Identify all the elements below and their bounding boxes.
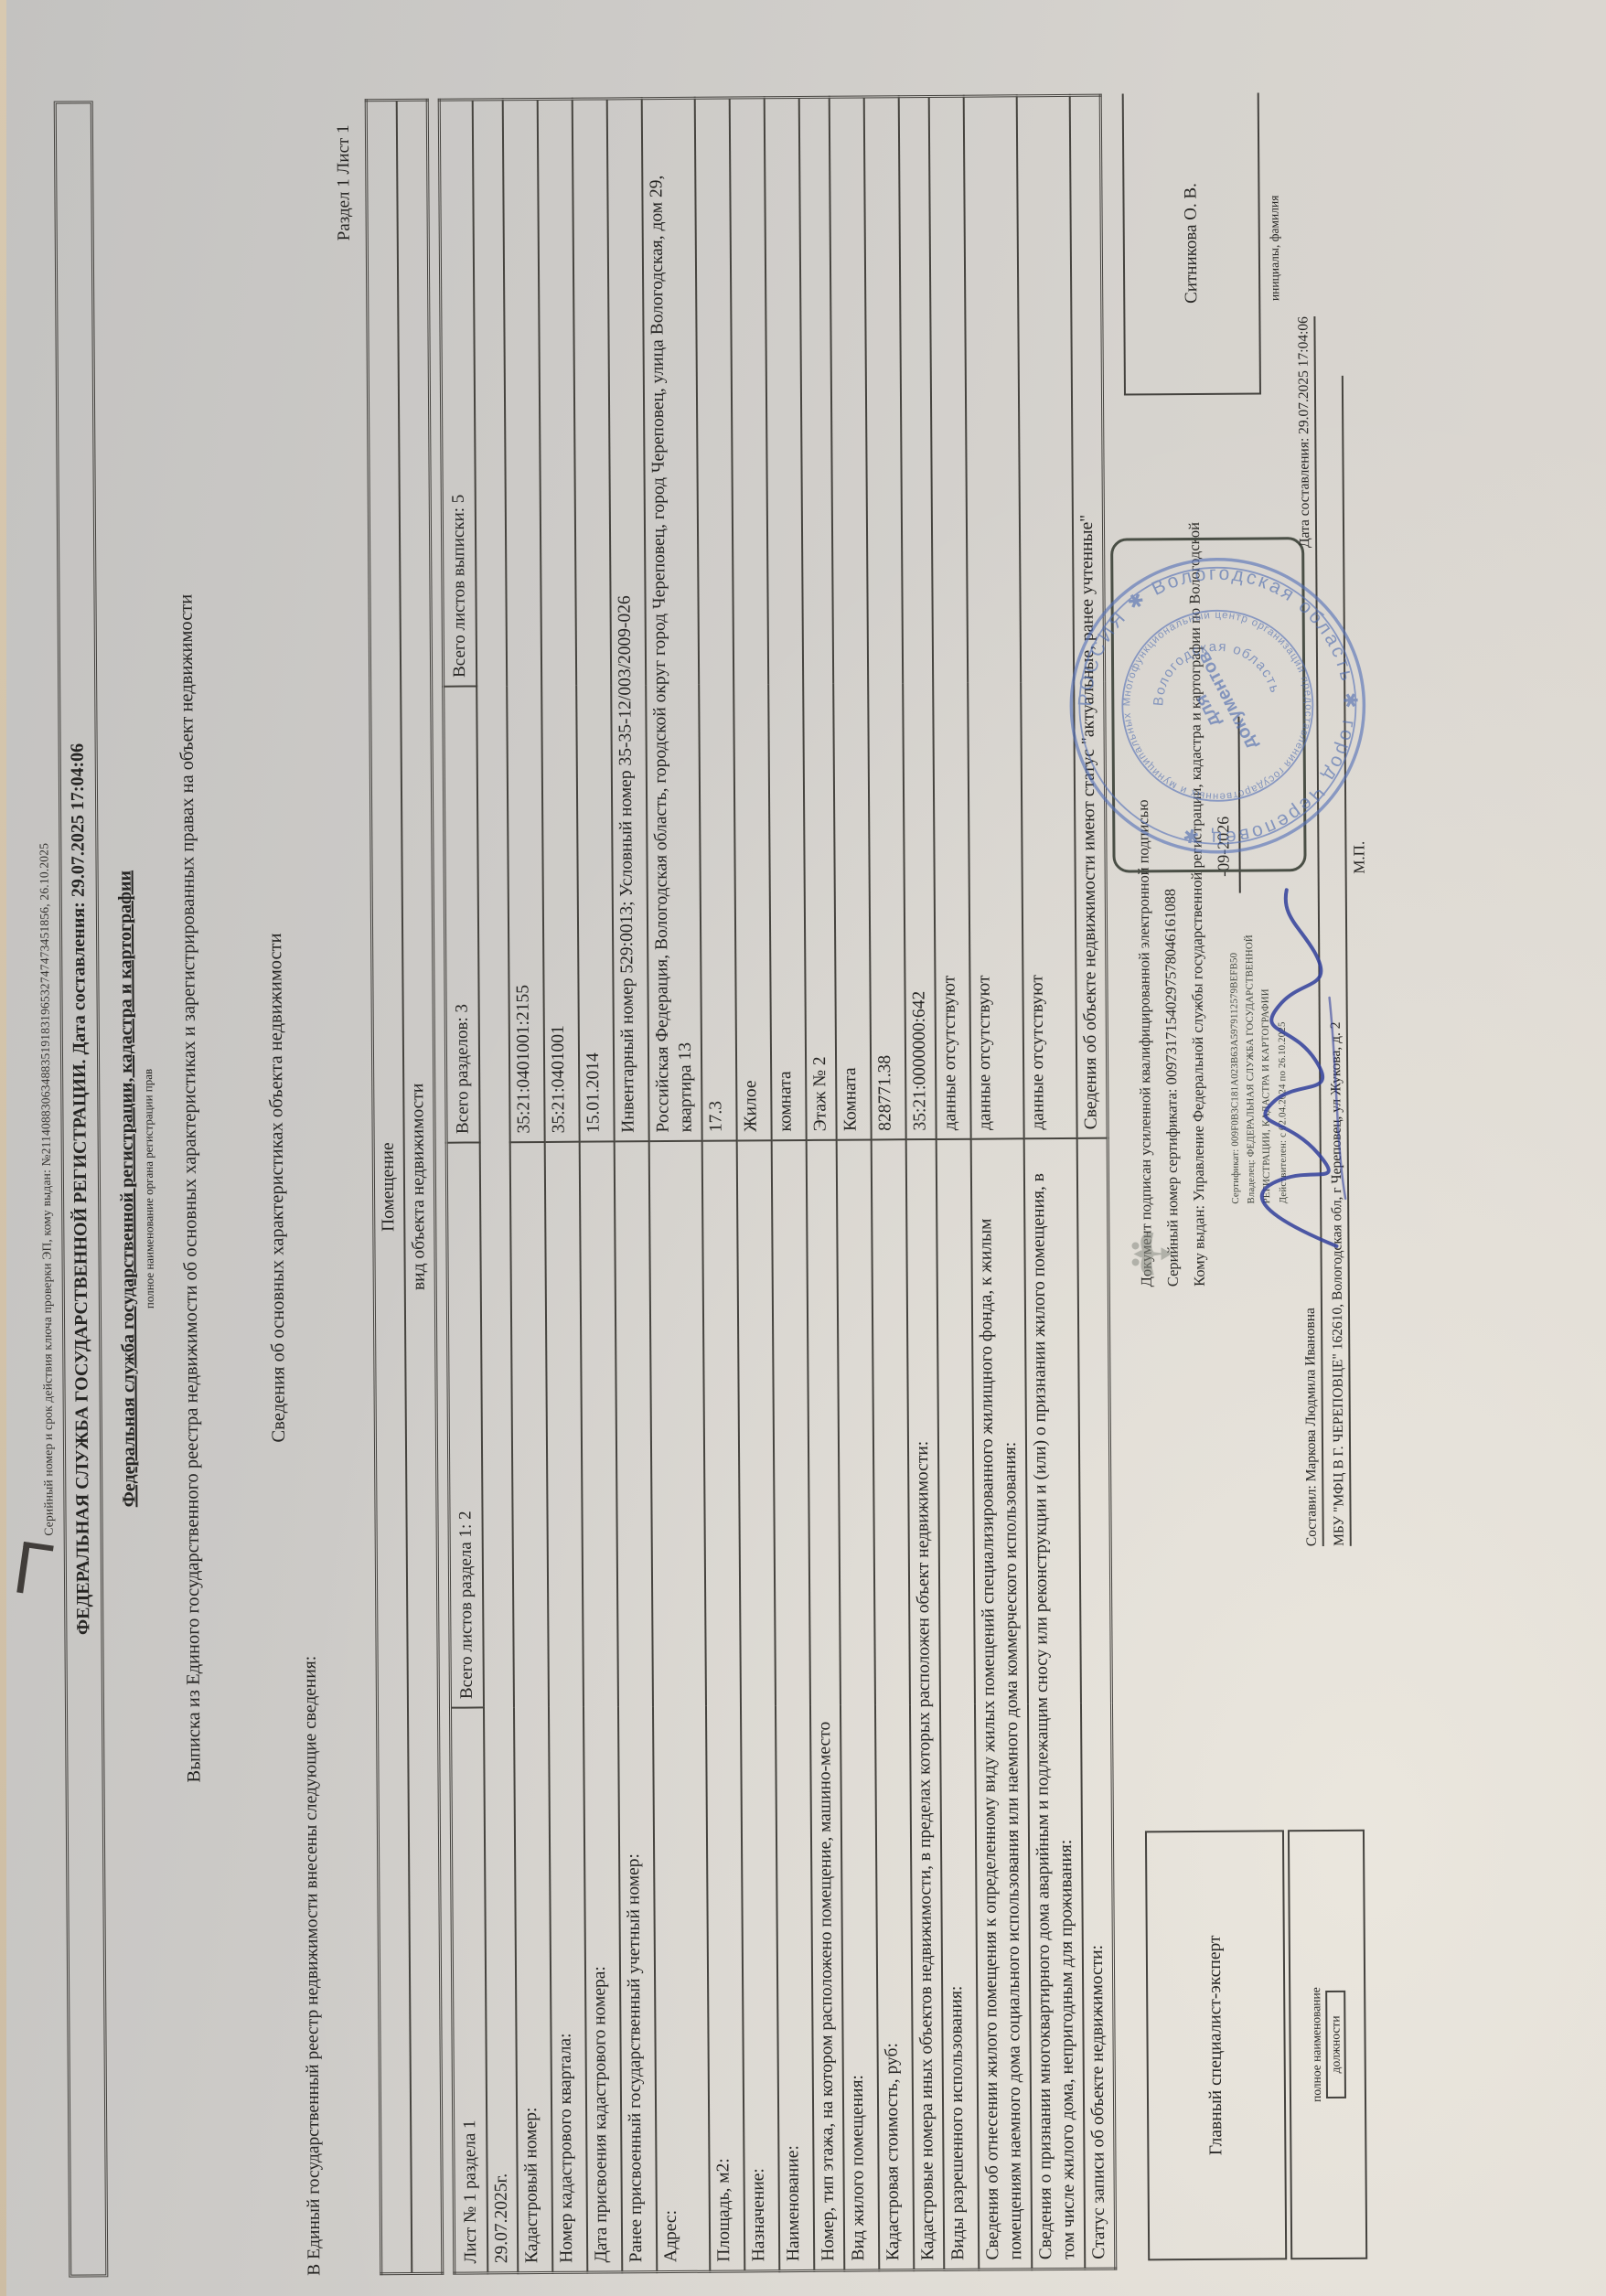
row-label: Сведения о признании многоквартирного до… [1024,1138,1086,2269]
position-caption-line2: должности [1325,1990,1346,2098]
intro-line: В Единый государственный реестр недвижим… [290,100,326,2276]
registrar-header-box: ФЕДЕРАЛЬНАЯ СЛУЖБА ГОСУДАРСТВЕННОЙ РЕГИС… [54,101,109,2277]
coat-of-arms-icon [1124,1227,1177,1280]
header-cell: Всего листов раздела 1: 2 [446,1143,484,1708]
egrn-extract-document: Серийный номер и срок действия ключа про… [6,72,1595,2296]
signer-position-cell: Главный специалист-эксперт [1145,1830,1287,2260]
paper-edge-shadow [0,0,6,2296]
main-table: Лист № 1 раздела 1 Всего листов раздела … [438,94,1117,2275]
section-sheet-label: Раздел 1 Лист 1 [334,99,369,2275]
compiled-by: Составил: Маркова Людмила Ивановна [1302,1308,1321,1546]
header-cell: Всего листов выписки: 5 [439,100,476,687]
position-caption-line1: полное наименование [1309,1987,1324,2102]
header-cell: Всего разделов: 3 [444,687,480,1143]
signer-name-caption: инициалы, фамилия [1266,92,1282,403]
stamp-outer-ring-text: РОССИЯ ✱ Вологодская область ✱ город Чер… [1074,562,1362,849]
header-cell: Лист № 1 раздела 1 [450,1708,487,2273]
handwritten-signature [1226,870,1365,1264]
photo-of-document: Серийный номер и срок действия ключа про… [0,0,1606,2296]
section-heading: Сведения об основных характеристиках объ… [260,100,296,2276]
position-caption-cell: полное наименование должности [1288,1830,1367,2260]
document-content: Серийный номер и срок действия ключа про… [6,92,1382,2278]
row-label: Сведения об отнесении жилого помещения к… [971,1139,1033,2269]
signer-name-cell: Ситникова О. В. [1121,92,1260,395]
row-label: Адрес: [649,1141,711,2271]
row-value: Российская Федерация, Вологодская област… [642,98,702,1141]
svg-text:РОССИЯ ✱ Вологодская область: РОССИЯ ✱ Вологодская область ✱ город Чер… [1074,562,1362,849]
row-value: данные отсутствуют [964,96,1024,1139]
document-title: Выписка из Единого государственного реес… [173,101,209,2277]
compiled-date: Дата составления: 29.07.2025 17:04:06 [1295,316,1313,548]
object-type-table: Помещение вид объекта недвижимости [365,99,444,2275]
signature-block: Главный специалист-эксперт полное наимен… [1112,92,1382,2270]
mfc-round-stamp: РОССИЯ ✱ Вологодская область ✱ город Чер… [1059,548,1376,864]
